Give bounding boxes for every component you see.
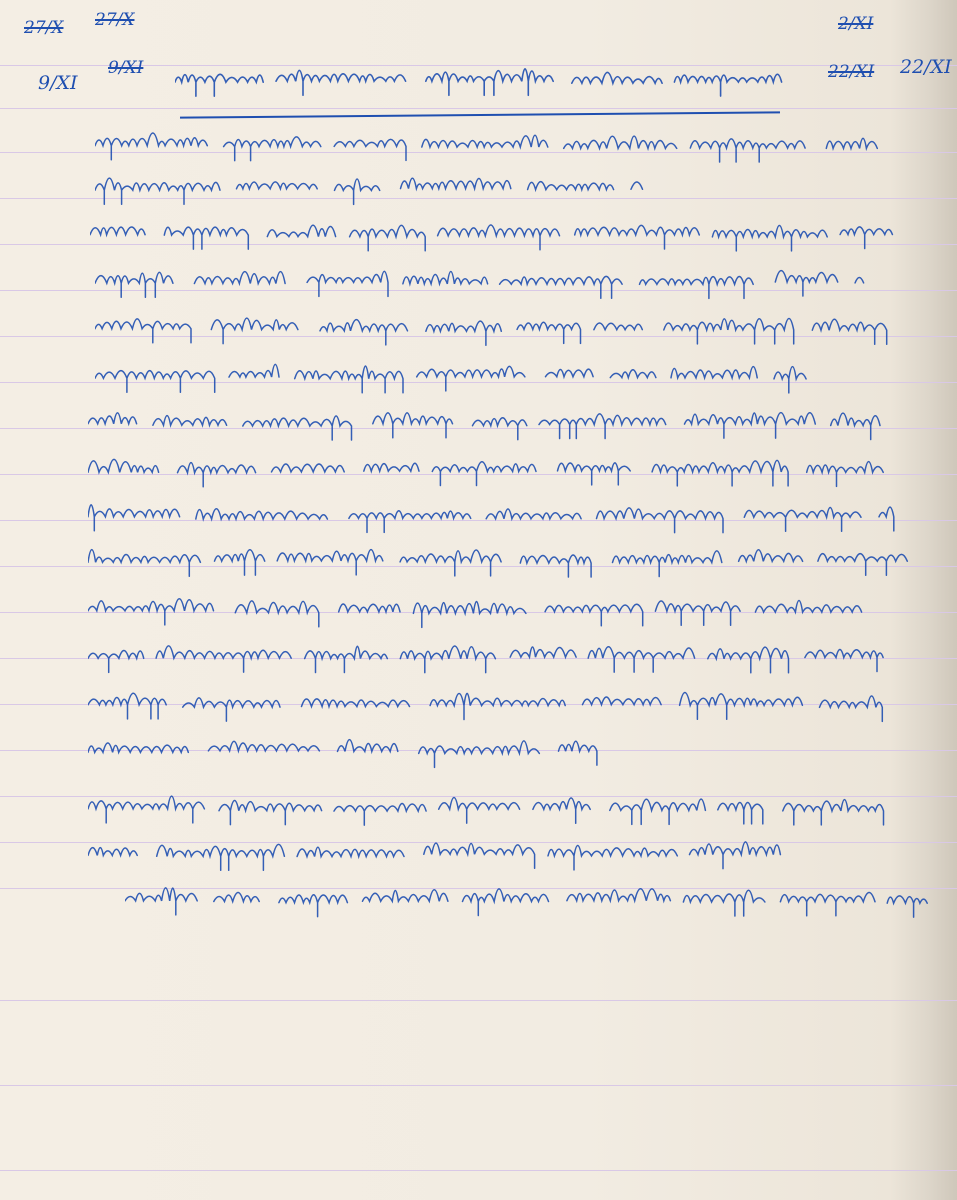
handwritten-line [95, 358, 810, 398]
handwritten-line [88, 592, 885, 632]
date-struck-top-right-1: 2/XI [838, 14, 873, 34]
ruled-line [0, 1170, 957, 1171]
handwritten-line [88, 790, 890, 830]
handwritten-line [88, 686, 895, 726]
handwritten-line [95, 310, 890, 350]
handwritten-line [95, 170, 650, 210]
date-left-margin: 9/XI [38, 72, 78, 94]
handwritten-line [88, 405, 890, 445]
handwritten-line [95, 127, 885, 167]
handwritten-line [175, 62, 785, 102]
handwritten-line [88, 638, 890, 678]
date-struck-top-right-2: 22/XI [828, 62, 874, 82]
handwritten-line [95, 263, 872, 303]
handwritten-line [125, 882, 930, 922]
date-top-right: 22/XI [900, 56, 952, 78]
handwritten-line [88, 498, 900, 538]
handwritten-line [88, 732, 600, 772]
ruled-line [0, 108, 957, 109]
date-struck-top-left-2: 27/X [95, 10, 134, 30]
handwritten-line [90, 216, 895, 256]
notebook-page: 27/X 27/X 9/XI 9/XI 2/XI 22/XI 22/XI [0, 0, 957, 1200]
date-struck-left-margin: 9/XI [108, 58, 143, 78]
ruled-line [0, 1085, 957, 1086]
handwritten-line [88, 542, 915, 582]
heading-underline [180, 111, 780, 118]
handwritten-line [88, 835, 790, 875]
ruled-line [0, 1000, 957, 1001]
handwritten-line [88, 452, 892, 492]
date-struck-top-left-1: 27/X [24, 18, 63, 38]
